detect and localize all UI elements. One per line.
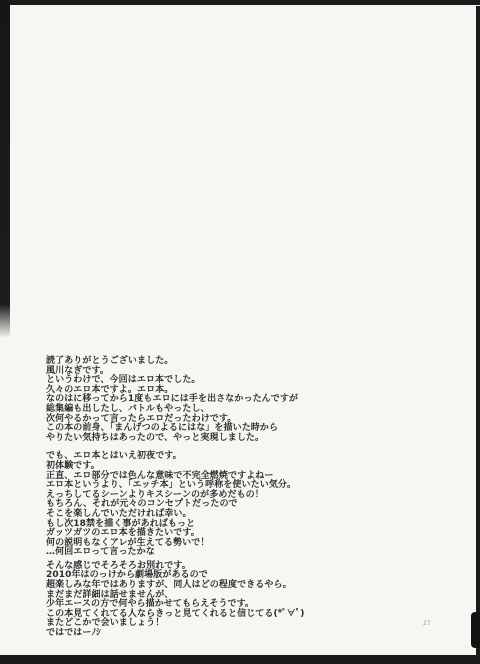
scan-border-bottom	[0, 655, 480, 664]
text-line: ではではーﾉｼ	[46, 629, 304, 639]
afterword-text: 読了ありがとうございました。 風川なぎです。 というわけで、今回はエロ本でした。…	[46, 357, 304, 639]
afterword-paragraph-1: 読了ありがとうございました。 風川なぎです。 というわけで、今回はエロ本でした。…	[46, 357, 304, 443]
afterword-paragraph-2: でも、エロ本とはいえ初夜です。 初体験です。 正直、エロ部分では色んな意味で不完…	[46, 452, 304, 558]
scan-artifact-blob	[471, 612, 480, 648]
scan-border-left	[0, 0, 10, 338]
afterword-paragraph-3: そんな感じでそろそろお別れです。 2010年はのっけから劇場版があるので 超楽し…	[46, 562, 304, 639]
scan-border-right	[476, 6, 480, 658]
text-line: やりたい気持ちはあったので、やっと実現しました。	[46, 434, 304, 444]
page-number: 27	[423, 621, 431, 627]
text-line: …何回エロって言ったかな	[46, 548, 304, 558]
scan-border-top	[0, 0, 480, 5]
